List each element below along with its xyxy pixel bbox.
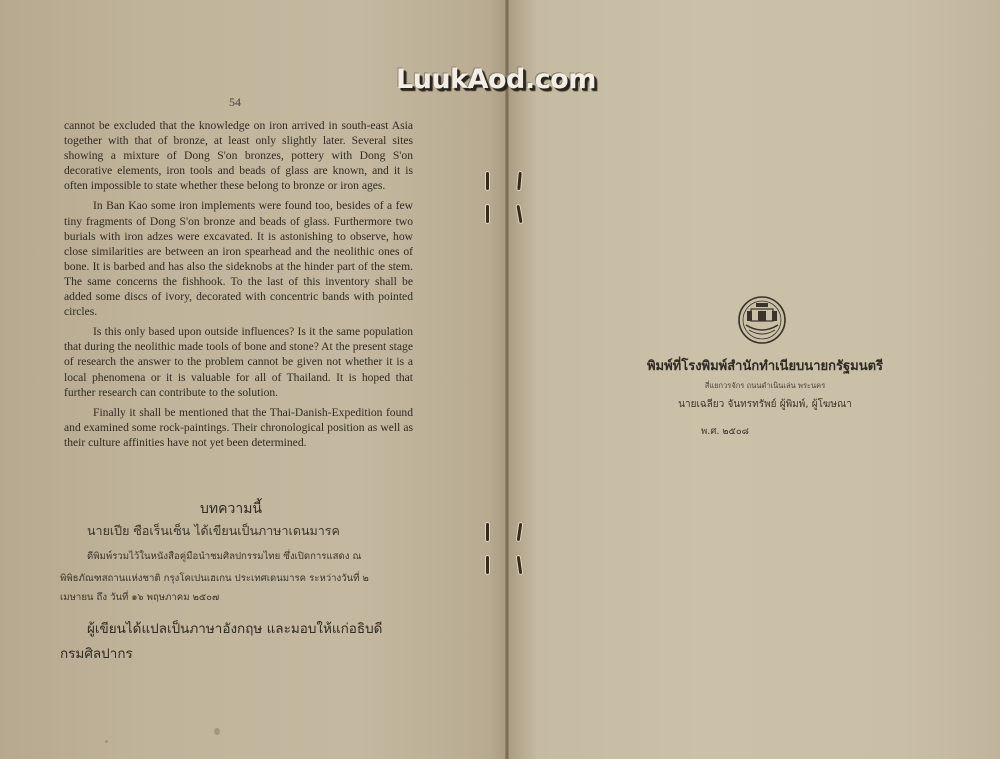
thai-note-line-3: พิพิธภัณฑสถานแห่งชาติ กรุงโคเปนเฮเกน ประ… [60,571,425,586]
paper-stain [105,740,108,743]
thai-note-heading: บทความนี้ [200,498,262,520]
binding-stitch [486,523,489,541]
printer-name: พิมพ์ที่โรงพิมพ์สำนักทำเนียบนายกรัฐมนตรี [630,355,900,376]
publisher-name: นายเฉลียว จันทรทรัพย์ ผู้พิมพ์, ผู้โฆษณา [630,397,900,412]
government-seal-emblem-icon [737,295,787,345]
book-gutter [505,0,509,759]
paragraph-3: Is this only based upon outside influenc… [64,324,413,399]
english-text-block: cannot be excluded that the knowledge on… [64,118,413,450]
binding-stitch [486,205,489,223]
paragraph-2: In Ban Kao some iron implements were fou… [64,198,413,319]
publication-year: พ.ศ. ๒๕๐๘ [590,424,860,439]
paragraph-1: cannot be excluded that the knowledge on… [64,118,413,193]
thai-note-line-4: เมษายน ถึง วันที่ ๑๖ พฤษภาคม ๒๕๐๗ [60,590,425,605]
thai-note-line-6: กรมศิลปากร [60,642,430,664]
printer-address: สี่แยกวรจักร ถนนดำเนินเล่น พระนคร [630,380,900,392]
thai-note-line-2: ดีพิมพ์รวมไว้ในหนังสือคู่มือนำชมศิลปกรรม… [87,549,452,564]
thai-note-author-line: นายเปีย ซือเร็นเซ็น ได้เขียนเป็นภาษาเดนม… [87,521,340,541]
paragraph-4: Finally it shall be mentioned that the T… [64,405,413,450]
thai-note-line-5: ผู้เขียนได้แปลเป็นภาษาอังกฤษ และมอบให้แก… [87,617,457,639]
paper-stain [214,728,220,735]
page-number: 54 [229,95,241,110]
binding-stitch [486,172,489,190]
book-spread: 54 cannot be excluded that the knowledge… [0,0,1000,759]
binding-stitch [486,556,489,574]
watermark-text: LuukAod.com [396,64,596,95]
